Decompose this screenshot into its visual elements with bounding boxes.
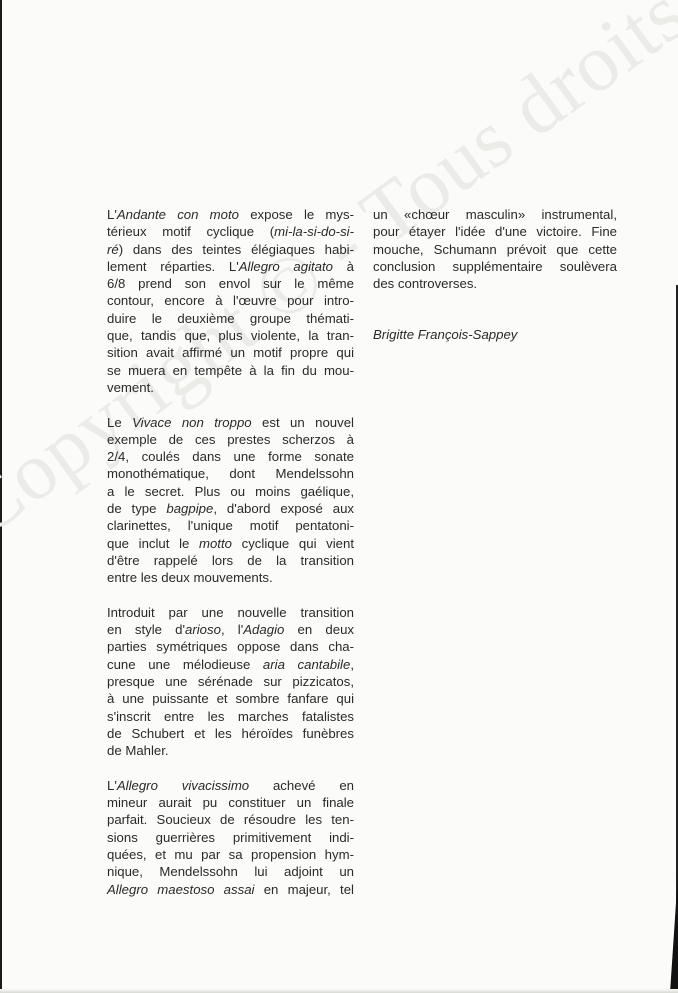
text-line: térieux motif cyclique (mi-la-si-do-si-	[107, 223, 354, 240]
text-line: mineur aurait pu constituer un finale	[107, 794, 354, 811]
text-line: Allegro maestoso assai en majeur, tel	[107, 881, 354, 898]
scan-edge-tear	[670, 873, 678, 993]
text-line: 2/4, coulés dans une forme sonate	[107, 448, 354, 465]
text-line: L'Andante con moto expose le mys-	[107, 206, 354, 223]
text-line: de Schubert et les héroïdes funèbres	[107, 725, 354, 742]
text-line: de Mahler.	[107, 742, 354, 759]
text-line: lement réparties. L'Allegro agitato à	[107, 258, 354, 275]
paragraph: L'Allegro vivacissimo achevé enmineur au…	[107, 777, 354, 898]
text-line: se muera en tempête à la fin du mou-	[107, 362, 354, 379]
text-line: L'Allegro vivacissimo achevé en	[107, 777, 354, 794]
text-line: sions guerrières primitivement indi-	[107, 829, 354, 846]
text-line: contour, encore à l'œuvre pour intro-	[107, 292, 354, 309]
text-line: monothématique, dont Mendelssohn	[107, 465, 354, 482]
text-line: s'inscrit entre les marches fatalistes	[107, 708, 354, 725]
scan-edge-left	[0, 0, 2, 993]
paragraph: Introduit par une nouvelle transitionen …	[107, 604, 354, 760]
text-line: que inclut le motto cyclique qui vient	[107, 535, 354, 552]
paragraph: L'Andante con moto expose le mys-térieux…	[107, 206, 354, 396]
text-line: parfait. Soucieux de résoudre les ten-	[107, 811, 354, 828]
text-line: ré) dans des teintes élégiaques habi-	[107, 241, 354, 258]
text-line: Introduit par une nouvelle transition	[107, 604, 354, 621]
text-line: presque une sérénade sur pizzicatos,	[107, 673, 354, 690]
text-line: mouche, Schumann prévoit que cette	[373, 241, 617, 258]
author-signature: Brigitte François-Sappey	[373, 326, 617, 343]
text-line: à une puissante et sombre fanfare qui	[107, 690, 354, 707]
text-line: sition avait affirmé un motif propre qui	[107, 344, 354, 361]
text-line: a le secret. Plus ou moins gaélique,	[107, 483, 354, 500]
text-line: Le Vivace non troppo est un nouvel	[107, 414, 354, 431]
text-line: un «chœur masculin» instrumental,	[373, 206, 617, 223]
text-line: quées, et mu par sa propension hym-	[107, 846, 354, 863]
right-column-body: un «chœur masculin» instrumental,pour ét…	[373, 206, 617, 292]
text-line: 6/8 prend son envol sur le même	[107, 275, 354, 292]
text-line: nique, Mendelssohn lui adjoint un	[107, 863, 354, 880]
left-column: L'Andante con moto expose le mys-térieux…	[107, 206, 354, 915]
paragraph: un «chœur masculin» instrumental,pour ét…	[373, 206, 617, 292]
text-line: entre les deux mouvements.	[107, 569, 354, 586]
right-column: un «chœur masculin» instrumental,pour ét…	[373, 206, 617, 344]
text-line: d'être rappelé lors de la transition	[107, 552, 354, 569]
text-line: que, tandis que, plus violente, la tran-	[107, 327, 354, 344]
text-line: exemple de ces prestes scherzos à	[107, 431, 354, 448]
text-line: clarinettes, l'unique motif pentatoni-	[107, 517, 354, 534]
text-line: conclusion supplémentaire soulèvera	[373, 258, 617, 275]
text-line: des controverses.	[373, 275, 617, 292]
text-line: duire le deuxième groupe thémati-	[107, 310, 354, 327]
text-line: vement.	[107, 379, 354, 396]
paragraph: Le Vivace non troppo est un nouvelexempl…	[107, 414, 354, 587]
scan-edge-bottom	[0, 989, 678, 993]
text-line: de type bagpipe, d'abord exposé aux	[107, 500, 354, 517]
text-line: en style d'arioso, l'Adagio en deux	[107, 621, 354, 638]
text-line: parties symétriques oppose dans cha-	[107, 638, 354, 655]
text-line: cune une mélodieuse aria cantabile,	[107, 656, 354, 673]
text-line: pour étayer l'idée d'une victoire. Fine	[373, 223, 617, 240]
